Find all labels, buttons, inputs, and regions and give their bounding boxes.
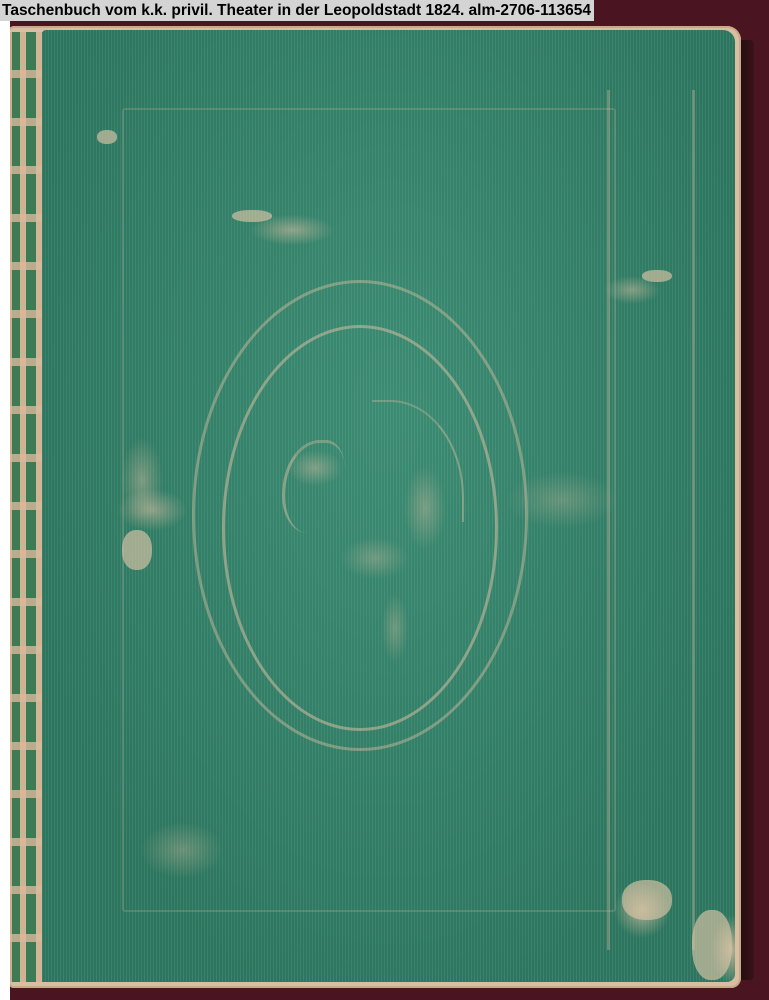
wear-spot [692,910,732,980]
wear-spot [97,130,117,144]
cover-vertical-rule [692,90,695,950]
book-photograph [0,0,769,1000]
wear-spot [232,210,272,222]
book [8,26,741,988]
scan-margin [0,0,10,1000]
wear-spot [122,530,152,570]
wear-spot [622,880,672,920]
wear-spot [642,270,672,282]
oval-medallion-inner [222,325,498,731]
image-caption: Taschenbuch vom k.k. privil. Theater in … [0,0,594,21]
book-cover [42,30,735,982]
cover-vertical-rule [607,90,610,950]
